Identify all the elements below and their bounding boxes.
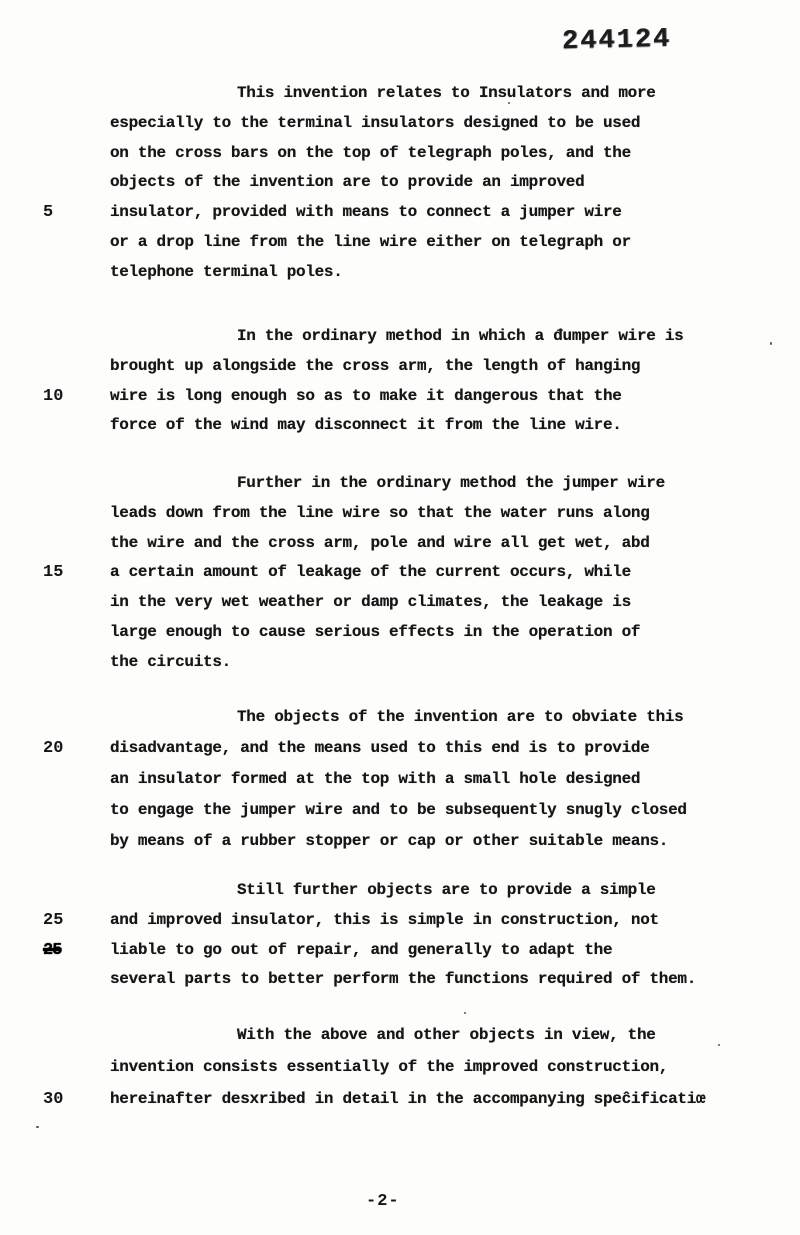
line-text: brought up alongside the cross arm, the … xyxy=(110,357,640,375)
text-line: 25and improved insulator, this is simple… xyxy=(0,911,784,941)
paragraph: With the above and other objects in view… xyxy=(0,1026,784,1122)
text-line: an insulator formed at the top with a sm… xyxy=(0,770,784,801)
text-line: telephone terminal poles. xyxy=(0,263,784,293)
paragraph: Further in the ordinary method the jumpe… xyxy=(0,474,784,683)
document-body: This invention relates to Insulators and… xyxy=(0,0,800,1235)
line-text: hereinafter desxribed in detail in the a… xyxy=(110,1090,705,1108)
text-line: The objects of the invention are to obvi… xyxy=(0,708,784,739)
line-text: In the ordinary method in which a đumper… xyxy=(110,327,683,345)
line-text: leads down from the line wire so that th… xyxy=(110,504,650,522)
paragraph: Still further objects are to provide a s… xyxy=(0,881,784,1000)
text-line: the wire and the cross arm, pole and wir… xyxy=(0,534,784,564)
line-text: objects of the invention are to provide … xyxy=(110,173,584,191)
line-text: telephone terminal poles. xyxy=(110,263,343,281)
text-line: objects of the invention are to provide … xyxy=(0,173,784,203)
line-text: by means of a rubber stopper or cap or o… xyxy=(110,832,668,850)
margin-line-number: 5 xyxy=(0,203,110,222)
margin-line-number: 25 xyxy=(0,941,110,960)
text-line: on the cross bars on the top of telegrap… xyxy=(0,144,784,174)
text-line: several parts to better perform the func… xyxy=(0,970,784,1000)
text-line: in the very wet weather or damp climates… xyxy=(0,593,784,623)
paragraph: This invention relates to Insulators and… xyxy=(0,84,784,293)
document-page: 244124 This invention relates to Insulat… xyxy=(0,0,800,1235)
line-text: With the above and other objects in view… xyxy=(110,1026,656,1044)
text-line: 30hereinafter desxribed in detail in the… xyxy=(0,1090,784,1122)
margin-line-number: 30 xyxy=(0,1090,110,1109)
margin-line-number: 20 xyxy=(0,739,110,758)
text-line: brought up alongside the cross arm, the … xyxy=(0,357,784,387)
text-line: 5insulator, provided with means to conne… xyxy=(0,203,784,233)
text-line: 25liable to go out of repair, and genera… xyxy=(0,941,784,971)
line-text: force of the wind may disconnect it from… xyxy=(110,416,622,434)
line-text: Still further objects are to provide a s… xyxy=(110,881,656,899)
scan-speck xyxy=(508,102,510,104)
text-line: the circuits. xyxy=(0,653,784,683)
text-line: to engage the jumper wire and to be subs… xyxy=(0,801,784,832)
text-line: especially to the terminal insulators de… xyxy=(0,114,784,144)
line-text: disadvantage, and the means used to this… xyxy=(110,739,650,757)
line-text: Further in the ordinary method the jumpe… xyxy=(110,474,665,492)
line-text: especially to the terminal insulators de… xyxy=(110,114,640,132)
margin-line-number: 10 xyxy=(0,387,110,406)
line-text: an insulator formed at the top with a sm… xyxy=(110,770,640,788)
line-text: on the cross bars on the top of telegrap… xyxy=(110,144,631,162)
text-line: In the ordinary method in which a đumper… xyxy=(0,327,784,357)
text-line: by means of a rubber stopper or cap or o… xyxy=(0,832,784,863)
paragraph: In the ordinary method in which a đumper… xyxy=(0,327,784,446)
page-number: -2- xyxy=(366,1192,400,1211)
line-text: insulator, provided with means to connec… xyxy=(110,203,622,221)
line-text: the wire and the cross arm, pole and wir… xyxy=(110,534,650,552)
line-text: a certain amount of leakage of the curre… xyxy=(110,563,631,581)
scan-speck xyxy=(770,342,772,345)
text-line: 10wire is long enough so as to make it d… xyxy=(0,387,784,417)
line-text: and improved insulator, this is simple i… xyxy=(110,911,659,929)
line-text: liable to go out of repair, and generall… xyxy=(110,941,612,959)
line-text: invention consists essentially of the im… xyxy=(110,1058,668,1076)
margin-line-number: 15 xyxy=(0,563,110,582)
line-text: to engage the jumper wire and to be subs… xyxy=(110,801,687,819)
line-text: The objects of the invention are to obvi… xyxy=(110,708,683,726)
paragraph: The objects of the invention are to obvi… xyxy=(0,708,784,863)
text-line: invention consists essentially of the im… xyxy=(0,1058,784,1090)
line-text: wire is long enough so as to make it dan… xyxy=(110,387,622,405)
scan-speck xyxy=(718,1044,720,1046)
line-text: This invention relates to Insulators and… xyxy=(110,84,656,102)
text-line: large enough to cause serious effects in… xyxy=(0,623,784,653)
text-line: With the above and other objects in view… xyxy=(0,1026,784,1058)
text-line: 15a certain amount of leakage of the cur… xyxy=(0,563,784,593)
text-line: or a drop line from the line wire either… xyxy=(0,233,784,263)
margin-line-number: 25 xyxy=(0,911,110,930)
text-line: 20disadvantage, and the means used to th… xyxy=(0,739,784,770)
text-line: leads down from the line wire so that th… xyxy=(0,504,784,534)
line-text: the circuits. xyxy=(110,653,231,671)
line-text: large enough to cause serious effects in… xyxy=(110,623,640,641)
line-text: or a drop line from the line wire either… xyxy=(110,233,631,251)
scan-speck xyxy=(36,1126,39,1128)
scan-speck xyxy=(464,1012,466,1014)
line-text: in the very wet weather or damp climates… xyxy=(110,593,631,611)
line-text: several parts to better perform the func… xyxy=(110,970,696,988)
text-line: Still further objects are to provide a s… xyxy=(0,881,784,911)
text-line: This invention relates to Insulators and… xyxy=(0,84,784,114)
text-line: force of the wind may disconnect it from… xyxy=(0,416,784,446)
text-line: Further in the ordinary method the jumpe… xyxy=(0,474,784,504)
